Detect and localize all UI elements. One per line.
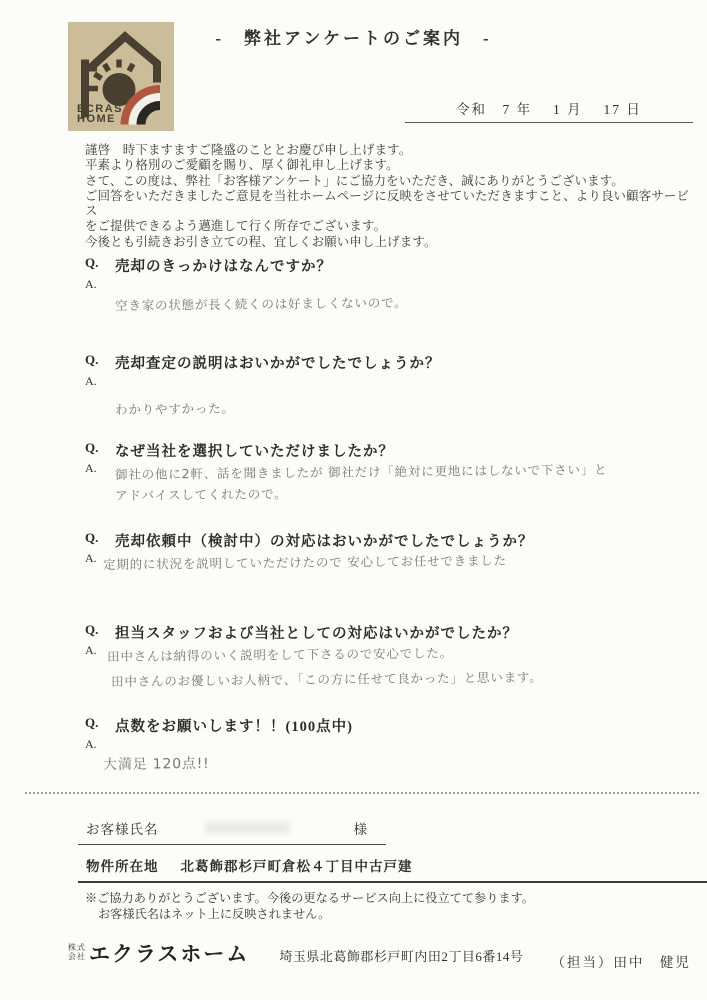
answer-line: わかりやすかった。 [115,393,695,420]
a-label: A. [85,461,97,476]
greeting-line: 今後とも引続きお引き立ての程、宜しくお願い申し上げます。 [85,235,700,250]
qa-block-3: Q. なぜ当社を選択していただけましたか？ A. 御社の他に2軒、話を聞きました… [85,440,695,506]
customer-name-suffix: 様 [354,818,369,838]
qa-block-2: Q. 売却査定の説明はおいかがでしたでしょうか？ A. わかりやすかった。 [85,352,695,420]
note-line: お客様氏名はネット上に反映されません。 [98,906,534,922]
qa-block-6: Q. 点数をお願いします！！(100点中) A. 大満足 120点!! [85,715,695,776]
question-text: 点数をお願いします！！(100点中) [115,715,353,736]
greeting-line: 謹啓 時下ますますご隆盛のこととお慶び申し上げます。 [85,143,700,158]
answer-line: 大満足 120点!! [103,749,695,776]
a-label: A. [85,551,97,566]
qa-block-1: Q. 売却のきっかけはなんですか？ A. 空き家の状態が長く続くのは好ましくない… [85,255,695,316]
property-row: 物件所在地 北葛飾郡杉戸町倉松４丁目中古戸建 [78,855,707,883]
document-date: 令和 7 年 1 月 17 日 [405,98,693,123]
greeting-paragraph: 謹啓 時下ますますご隆盛のこととお慶び申し上げます。 平素より格別のご愛顧を賜り… [85,143,700,250]
question-row: Q. 売却のきっかけはなんですか？ [85,255,695,276]
logo-wordmark: ECRAS HOME [77,104,123,124]
q-label: Q. [85,715,115,736]
question-text: 売却のきっかけはなんですか？ [115,255,332,276]
company-address: 埼玉県北葛飾郡杉戸町内田2丁目6番14号 [279,946,523,965]
greeting-line: 平素より格別のご愛顧を賜り、厚く御礼申し上げます。 [85,158,700,173]
greeting-line: さて、この度は、弊社「お客様アンケート」にご協力をいただき、誠にありがとうござい… [85,174,700,189]
q-label: Q. [85,255,115,276]
company-footer: 株式 会社 エクラスホーム 埼玉県北葛飾郡杉戸町内田2丁目6番14号 （担当）田… [68,938,700,971]
note-line: ※ご協力ありがとうございます。今後の更なるサービス向上に役立てて参ります。 [85,890,534,906]
a-label: A. [85,374,695,389]
handwritten-answer: 大満足 120点!! [103,755,695,776]
question-row: Q. 売却査定の説明はおいかがでしたでしょうか？ [85,352,695,373]
greeting-line: ご回答をいただきましたご意見を当社ホームページに反映をさせていただきますこと、よ… [85,189,700,220]
handwritten-answer: 御社の他に2軒、話を聞きましたが 御社だけ「絶対に更地にはしないで下さい」と ア… [115,464,695,506]
q-label: Q. [85,622,115,643]
company-name: エクラスホーム [89,938,249,968]
property-label: 物件所在地 [86,855,159,875]
greeting-line: をご提供できるよう邁進して行く所存でございます。 [85,219,700,234]
question-text: なぜ当社を選択していただけましたか？ [115,440,394,461]
staff-in-charge: （担当）田中 健児 [551,951,691,971]
q-label: Q. [85,352,115,373]
question-row: Q. 点数をお願いします！！(100点中) [85,715,695,736]
q-label: Q. [85,440,115,461]
handwritten-answer: 空き家の状態が長く続くのは好ましくないので。 [115,295,695,316]
property-value: 北葛飾郡杉戸町倉松４丁目中古戸建 [181,855,413,875]
company-prefix: 株式 会社 [68,944,86,961]
a-label: A. [85,643,97,658]
footer-notes: ※ご協力ありがとうございます。今後の更なるサービス向上に役立てて参ります。 お客… [85,890,534,922]
survey-document: ECRAS HOME - 弊社アンケートのご案内 - 令和 7 年 1 月 17… [0,0,707,1000]
customer-name-label: お客様氏名 [86,818,159,838]
question-row: Q. なぜ当社を選択していただけましたか？ [85,440,695,461]
redacted-customer-name [205,822,290,833]
handwritten-answer: 田中さんは納得のいく説明をして下さるので安心でした。 田中さんのお優しいお人柄で… [107,646,695,692]
question-text: 担当スタッフおよび当社としての対応はいかがでしたか？ [115,622,518,643]
handwritten-answer: 定期的に状況を説明していただけたので 安心してお任せできました [103,554,695,575]
answer-line: 田中さんは納得のいく説明をして下さるので安心でした。 [107,640,695,667]
answer-line: 田中さんのお優しいお人柄で、「この方に任せて良かった」と思います。 [111,665,695,692]
qa-block-5: Q. 担当スタッフおよび当社としての対応はいかがでしたか？ A. 田中さんは納得… [85,622,695,692]
handwritten-answer: わかりやすかった。 [115,399,695,420]
answer-line: 空き家の状態が長く続くのは好ましくないので。 [115,289,695,316]
question-text: 売却査定の説明はおいかがでしたでしょうか？ [115,352,441,373]
dotted-separator [25,792,699,794]
qa-block-4: Q. 売却依頼中（検討中）の対応はおいかがでしたでしょうか？ A. 定期的に状況… [85,530,695,575]
answer-line: 定期的に状況を説明していただけたので 安心してお任せできました [103,548,695,575]
question-text: 売却依頼中（検討中）の対応はおいかがでしたでしょうか？ [115,530,534,551]
q-label: Q. [85,530,115,551]
page-title: - 弊社アンケートのご案内 - [0,24,707,49]
